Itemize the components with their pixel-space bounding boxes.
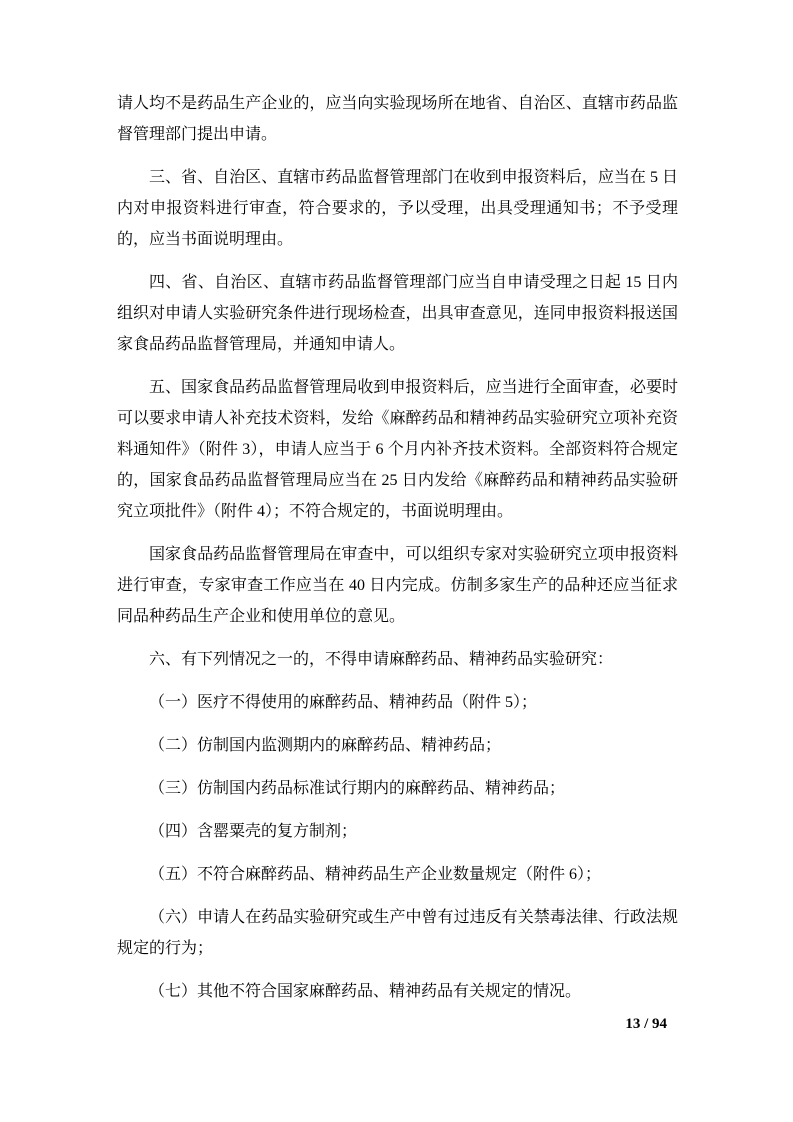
content-area: 请人均不是药品生产企业的，应当向实验现场所在地省、自治区、直辖市药品监督管理部门… [117,88,678,1019]
paragraph-item-5-cont: 国家食品药品监督管理局在审查中，可以组织专家对实验研究立项申报资料进行审查，专家… [117,539,678,632]
paragraph-item-5: 五、国家食品药品监督管理局收到申报资料后，应当进行全面审查，必要时可以要求申请人… [117,372,678,527]
page-number: 13 / 94 [117,1016,667,1033]
paragraph-item-3: 三、省、自治区、直辖市药品监督管理部门在收到申报资料后，应当在 5 日内对申报资… [117,162,678,255]
paragraph-subitem-3: （三）仿制国内药品标准试行期内的麻醉药品、精神药品； [117,773,678,804]
paragraph-subitem-6: （六）申请人在药品实验研究或生产中曾有过违反有关禁毒法律、行政法规规定的行为； [117,902,678,964]
paragraph-continuation: 请人均不是药品生产企业的，应当向实验现场所在地省、自治区、直辖市药品监督管理部门… [117,88,678,150]
paragraph-subitem-7: （七）其他不符合国家麻醉药品、精神药品有关规定的情况。 [117,976,678,1007]
paragraph-subitem-2: （二）仿制国内监测期内的麻醉药品、精神药品； [117,730,678,761]
paragraph-subitem-4: （四）含罂粟壳的复方制剂； [117,816,678,847]
paragraph-subitem-5: （五）不符合麻醉药品、精神药品生产企业数量规定（附件 6）； [117,859,678,890]
paragraph-item-4: 四、省、自治区、直辖市药品监督管理部门应当自申请受理之日起 15 日内组织对申请… [117,267,678,360]
paragraph-item-6: 六、有下列情况之一的，不得申请麻醉药品、精神药品实验研究： [117,644,678,675]
paragraph-subitem-1: （一）医疗不得使用的麻醉药品、精神药品（附件 5）； [117,687,678,718]
document-page: 请人均不是药品生产企业的，应当向实验现场所在地省、自治区、直辖市药品监督管理部门… [0,0,793,1122]
